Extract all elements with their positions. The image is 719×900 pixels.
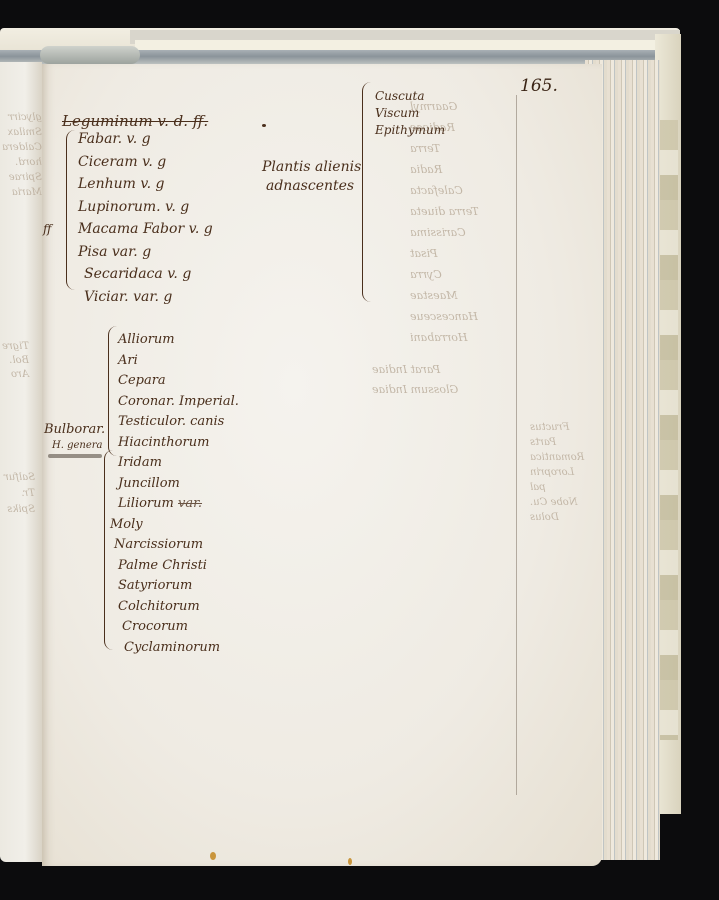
bleed-line: pal [530, 480, 590, 495]
bleed-line: Calefacta [410, 180, 510, 201]
list-item: Fabar. v. g [78, 128, 213, 151]
bleed-line: Loroprin [530, 465, 590, 480]
leguminum-list: Fabar. v. g Ciceram v. g Lenhum v. g Lup… [78, 128, 213, 308]
left-page-bleed-text: glycirrSmilaxCalderahord.SpiraeMaria [2, 110, 42, 200]
list-item: Hiacinthorum [118, 433, 239, 454]
bleed-line: Nobe Cu. [530, 495, 590, 510]
bulborum-label: Bulborar. H. genera [44, 422, 105, 454]
folio-number: 165. [520, 76, 558, 96]
list-item: Iridam [118, 453, 239, 474]
bulborum-brace-lower [104, 450, 113, 650]
plantis-brace [362, 82, 371, 302]
list-item: Coronar. Imperial. [118, 392, 239, 413]
list-item: Viscum [375, 105, 445, 122]
bleed-line: Terra [410, 138, 510, 159]
list-item: Macama Fabor v. g [78, 218, 213, 241]
list-item: Alliorum [118, 330, 239, 351]
bleed-line: Hancesceue [410, 306, 510, 327]
foxing-stain [210, 852, 216, 860]
bulborum-list: Alliorum Ari Cepara Coronar. Imperial. T… [118, 330, 239, 658]
list-item: Lenhum v. g [78, 173, 213, 196]
list-item: Viciar. var. g [78, 286, 213, 309]
bleed-line: Horrabani [410, 327, 510, 348]
leguminum-brace [66, 130, 75, 290]
bleed-through-margin: Fructus Parts Romantica Loroprin pal Nob… [530, 420, 590, 525]
bleed-line: Dolus [530, 510, 590, 525]
plantis-label-line2: adnascentes [262, 177, 361, 196]
bleed-through-lower: Parat Indiae Glossum Indiae [372, 360, 512, 400]
list-item: Secaridaca v. g [78, 263, 213, 286]
bleed-line: Terra diueta [410, 201, 510, 222]
list-item: Colchitorum [118, 597, 239, 618]
book-top-board-edge [135, 40, 665, 50]
list-item: Liliorum var. [118, 494, 239, 515]
leguminum-side-label: ff [43, 222, 52, 236]
list-item: Epithymum [375, 122, 445, 139]
bulborum-label-line2: H. genera [44, 438, 105, 454]
bleed-line: Carissima [410, 222, 510, 243]
left-page-bleed-box: TigreBol.Aro [2, 340, 29, 382]
bleed-line: Radia [410, 159, 510, 180]
list-item: Cepara [118, 371, 239, 392]
list-item: Narcissiorum [114, 535, 239, 556]
plantis-label-line1: Plantis alienis [262, 158, 361, 177]
bleed-line: Parts [530, 435, 590, 450]
list-item: Cyclaminorum [118, 638, 239, 659]
bleed-line: Romantica [530, 450, 590, 465]
board-water-stain [660, 120, 678, 740]
list-item: Crocorum [118, 617, 239, 638]
list-item: Cuscuta [375, 88, 445, 105]
bleed-line: Maestae [410, 285, 510, 306]
list-item: Palme Christi [118, 556, 239, 577]
bleed-line: Cyrra [410, 264, 510, 285]
bleed-line: Glossum Indiae [372, 380, 512, 400]
list-item: Ari [118, 351, 239, 372]
plantis-list: Cuscuta Viscum Epithymum [375, 88, 445, 139]
list-item: Satyriorum [118, 576, 239, 597]
spine-bulge [40, 46, 140, 64]
ink-dot [262, 124, 266, 127]
list-item: Lupinorum. v. g [78, 196, 213, 219]
bulborum-brace-upper [108, 326, 117, 456]
bleed-line: Pisat [410, 243, 510, 264]
smudged-ink-mark [48, 454, 102, 458]
margin-rule-line [516, 95, 517, 795]
bleed-line: Parat Indiae [372, 360, 512, 380]
left-page-bleed-lower: SalfurTr.Spiks [4, 470, 35, 518]
list-item: Ciceram v. g [78, 151, 213, 174]
bulborum-label-line1: Bulborar. [44, 422, 105, 438]
plantis-label: Plantis alienis adnascentes [262, 158, 361, 196]
list-item: Juncillom [118, 474, 239, 495]
list-item: Pisa var. g [78, 241, 213, 264]
bleed-line: Fructus [530, 420, 590, 435]
list-item: Testiculor. canis [118, 412, 239, 433]
list-item: Moly [110, 515, 239, 536]
foxing-stain [348, 858, 352, 865]
